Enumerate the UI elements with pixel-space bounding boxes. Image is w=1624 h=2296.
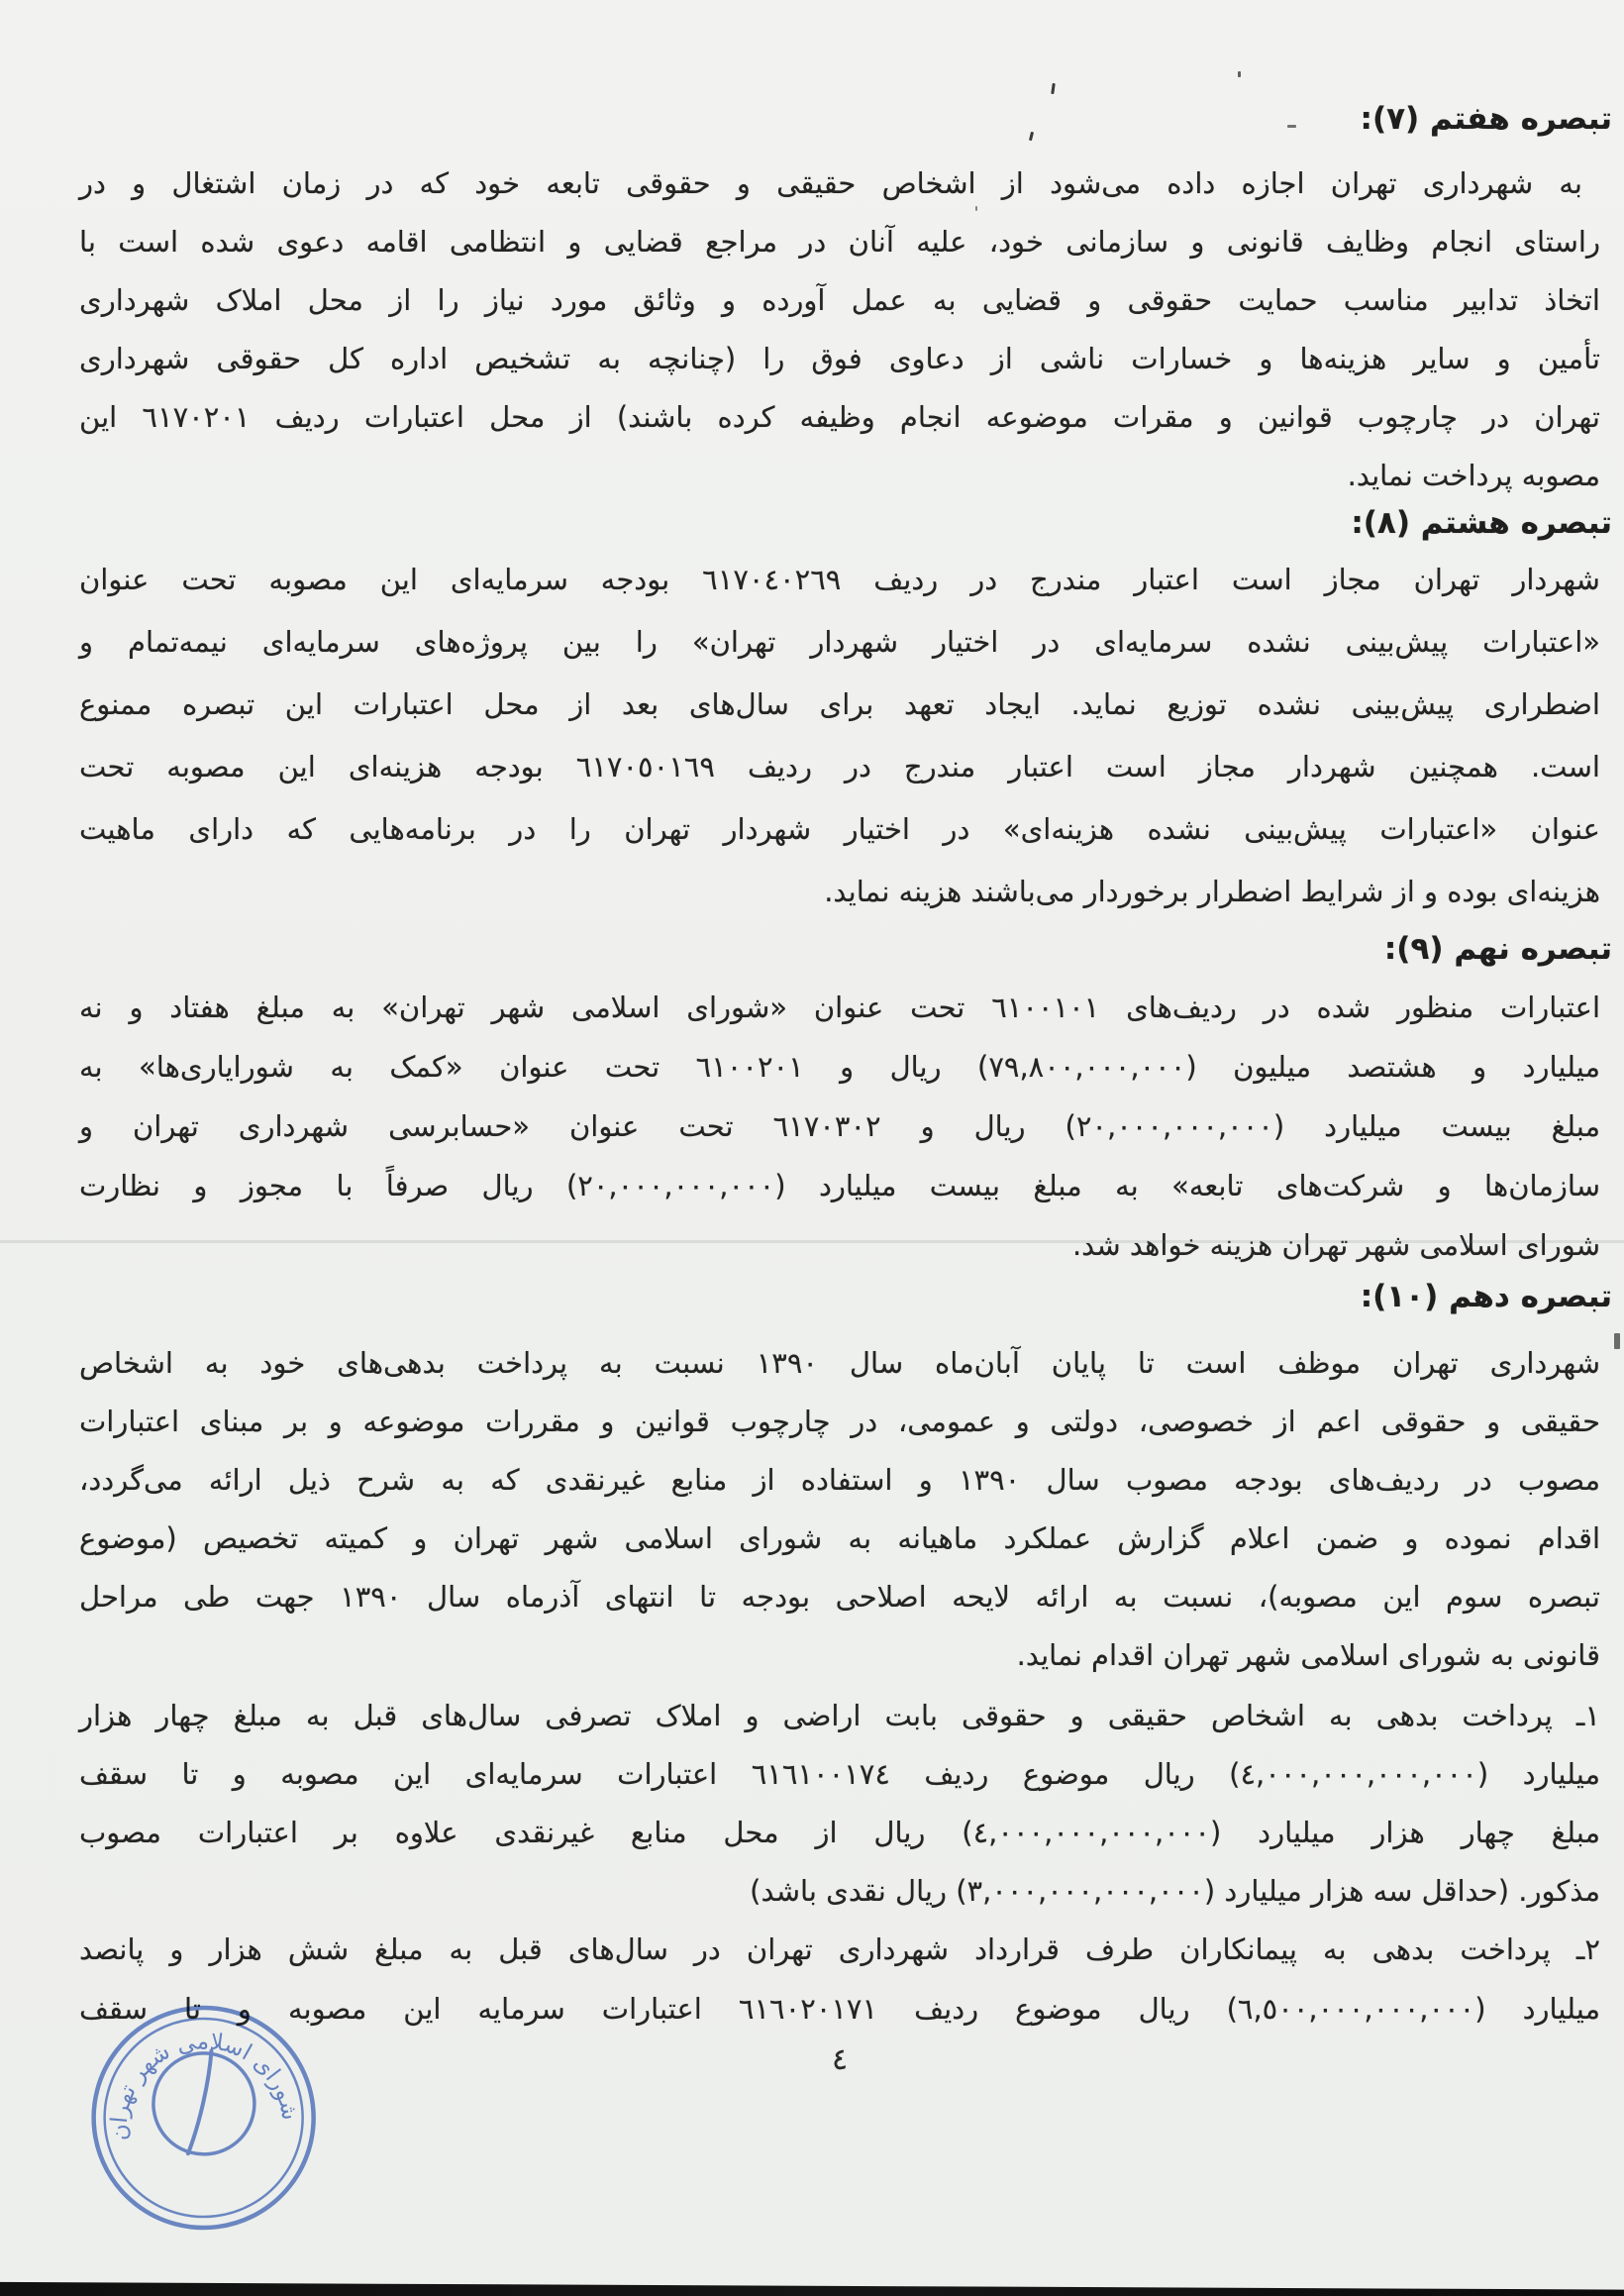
council-stamp: شورای اسلامی شهر تهران [67, 1987, 341, 2254]
ink-speck [1051, 83, 1056, 94]
section-heading-7: تبصره هفتم (٧): [79, 101, 1612, 137]
scan-streak [0, 1240, 1624, 1243]
section-heading-10: تبصره دهم (١٠): [79, 1279, 1612, 1314]
paragraph-line: شهردار تهران مجاز است اعتبار مندرج در رد… [79, 559, 1600, 621]
paragraph-line: هزینه‌ای بوده و از شرایط اضطرار برخوردار… [79, 871, 1600, 933]
scanned-document-page: تبصره هفتم (٧): به شهرداری تهران اجازه د… [0, 0, 1624, 2296]
paragraph-line: قانونی به شورای اسلامی شهر تهران اقدام ن… [79, 1634, 1600, 1693]
paragraph-line: اعتبارات منظور شده در ردیف‌های ٦١٠٠١٠١ ت… [79, 987, 1600, 1046]
edge-artifact [1614, 1333, 1620, 1349]
section-heading-8: تبصره هشتم (٨): [79, 505, 1612, 541]
paragraph-line: مذکور. (حداقل سه هزار میلیارد (٣,٠٠٠,٠٠٠… [79, 1870, 1600, 1929]
paragraph-line: شهرداری تهران موظف است تا پایان آبان‌ماه… [79, 1342, 1600, 1401]
paragraph-line: حقیقی و حقوقی اعم از خصوصی، دولتی و عموم… [79, 1401, 1600, 1459]
paragraph-line: اضطراری پیش‌بینی نشده توزیع نماید. ایجاد… [79, 683, 1600, 746]
ink-speck [1238, 71, 1241, 77]
paragraph-line: سازمان‌ها و شرکت‌های تابعه» به مبلغ بیست… [79, 1165, 1600, 1224]
paragraph-line: مبلغ چهار هزار میلیارد (٤,٠٠٠,٠٠٠,٠٠٠,٠٠… [79, 1812, 1600, 1870]
paragraph-line: مبلغ بیست میلیارد (٢٠,٠٠٠,٠٠٠,٠٠٠) ریال … [79, 1105, 1600, 1165]
section-heading-9: تبصره نهم (٩): [79, 931, 1612, 967]
section-body-8: شهردار تهران مجاز است اعتبار مندرج در رد… [79, 559, 1600, 933]
paragraph-line: به شهرداری تهران اجازه داده می‌شود از اش… [79, 162, 1600, 221]
paragraph-line: عنوان «اعتبارات پیش‌بینی نشده هزینه‌ای» … [79, 808, 1600, 871]
section-body-7: به شهرداری تهران اجازه داده می‌شود از اش… [79, 162, 1600, 513]
paragraph-line: تبصره سوم این مصوبه)، نسبت به ارائه لایح… [79, 1576, 1600, 1634]
paragraph-line: ٢ـ پرداخت بدهی به پیمانکاران طرف قرارداد… [79, 1929, 1600, 1988]
paragraph-line: شورای اسلامی شهر تهران هزینه خواهد شد. [79, 1224, 1600, 1284]
list-item-1: ١ـ پرداخت بدهی به اشخاص حقیقی و حقوقی با… [79, 1695, 1600, 1929]
scanner-bottom-band [0, 2280, 1624, 2296]
ink-speck [1287, 125, 1296, 128]
paragraph-line: تهران در چارچوب قوانین و مقرات موضوعه ان… [79, 396, 1600, 455]
section-body-9: اعتبارات منظور شده در ردیف‌های ٦١٠٠١٠١ ت… [79, 987, 1600, 1284]
paragraph-line: مصوب در ردیف‌های بودجه مصوب سال ١٣٩٠ و ا… [79, 1459, 1600, 1517]
paragraph-line: اقدام نموده و ضمن اعلام گزارش عملکرد ماه… [79, 1517, 1600, 1576]
paragraph-line: میلیارد (٤,٠٠٠,٠٠٠,٠٠٠,٠٠٠) ریال موضوع ر… [79, 1753, 1600, 1812]
ink-speck [975, 206, 977, 211]
section-body-10: شهرداری تهران موظف است تا پایان آبان‌ماه… [79, 1342, 1600, 1693]
paragraph-line: «اعتبارات پیش‌بینی نشده سرمایه‌ای در اخت… [79, 621, 1600, 683]
stamp-signature-stroke [176, 2051, 224, 2154]
paragraph-line: اتخاذ تدابیر مناسب حمایت حقوقی و قضایی ب… [79, 279, 1600, 338]
paragraph-line: است. همچنین شهردار مجاز است اعتبار مندرج… [79, 746, 1600, 808]
paragraph-line: ١ـ پرداخت بدهی به اشخاص حقیقی و حقوقی با… [79, 1695, 1600, 1753]
paragraph-line: تأمین و سایر هزینه‌ها و خسارات ناشی از د… [79, 338, 1600, 396]
paragraph-line: راستای انجام وظایف قانونی و سازمانی خود،… [79, 221, 1600, 279]
paragraph-line: میلیارد و هشتصد میلیون (٧٩,٨٠٠,٠٠٠,٠٠٠) … [79, 1046, 1600, 1105]
